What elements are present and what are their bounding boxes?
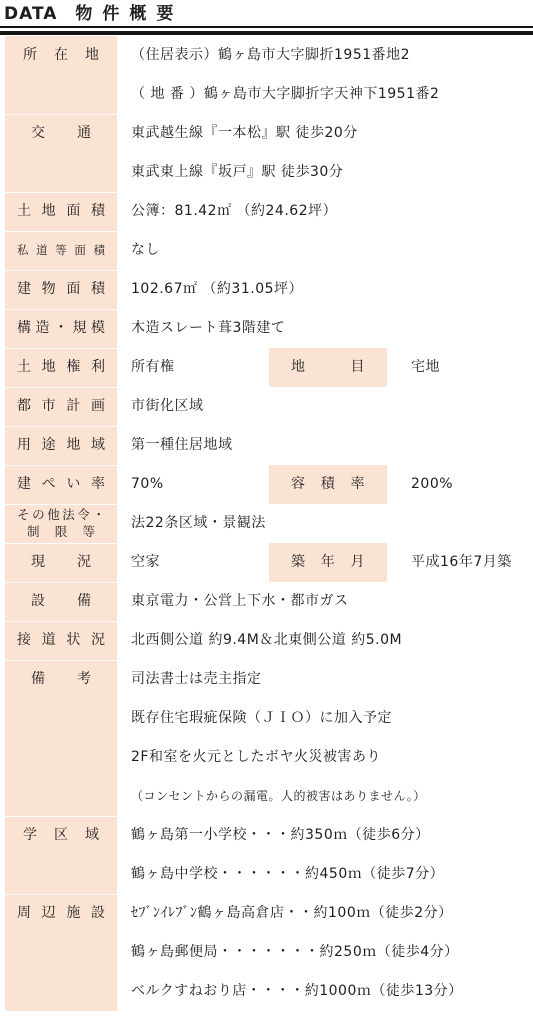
- row-value-line: 鶴ヶ島第一小学校・・・約350ｍ（徒歩6分）: [131, 816, 533, 855]
- row-value-line: 公簿：81.42㎡ （約24.62坪）: [131, 192, 533, 231]
- row-label-cell: 建ぺい率: [5, 465, 117, 504]
- row-label-cell: 都市計画: [5, 387, 117, 426]
- row-values: 所有権 地目 宅地: [117, 348, 533, 387]
- row-values: 鶴ヶ島第一小学校・・・約350ｍ（徒歩6分） 鶴ヶ島中学校・・・・・・約450ｍ…: [117, 816, 533, 894]
- row-value-line: ベルクすねおり店・・・・約1000ｍ（徒歩13分）: [131, 972, 533, 1011]
- row-label: 現況: [31, 543, 91, 582]
- row-label-line: その他法令・: [17, 507, 105, 524]
- row-value-line: （ 地 番 ）鶴ヶ島市大字脚折字天神下1951番2: [131, 75, 533, 114]
- property-table: 所在地 （住居表示）鶴ヶ島市大字脚折1951番地2 （ 地 番 ）鶴ヶ島市大字脚…: [5, 36, 533, 1011]
- row-value-line: 70% 容積率 200%: [131, 465, 533, 504]
- row-label-cell: 構造・規模: [5, 309, 117, 348]
- row-label: 土地面積: [17, 192, 105, 231]
- row-label: 周辺施設: [17, 894, 105, 933]
- row-values: （住居表示）鶴ヶ島市大字脚折1951番地2 （ 地 番 ）鶴ヶ島市大字脚折字天神…: [117, 36, 533, 114]
- row-label: 所在地: [23, 36, 99, 75]
- row-label: 都市計画: [17, 387, 105, 426]
- table-row-private-road: 私道等面積 なし: [5, 231, 533, 270]
- sub-label: 容積率: [269, 465, 387, 504]
- table-row-zoning: 用途地域 第一種住居地域: [5, 426, 533, 465]
- row-label-cell: 用途地域: [5, 426, 117, 465]
- sub-label: 地目: [269, 348, 387, 387]
- row-value-line: 司法書士は売主指定: [131, 660, 533, 699]
- row-value-line: 鶴ヶ島郵便局・・・・・・・約250ｍ（徒歩4分）: [131, 933, 533, 972]
- row-value-line: 2F和室を火元としたボヤ火災被害あり: [131, 738, 533, 777]
- row-value-line: 第一種住居地域: [131, 426, 533, 465]
- table-row-structure: 構造・規模 木造スレート葺3階建て: [5, 309, 533, 348]
- page-title: 物件概要: [75, 3, 183, 25]
- sub-value: 宅地: [411, 348, 440, 387]
- row-value-line: 空家 築年月 平成16年7月築: [131, 543, 533, 582]
- header-prefix: DATA: [4, 3, 57, 25]
- row-label: 設備: [31, 582, 91, 621]
- row-values: 東京電力・公営上下水・都市ガス: [117, 582, 533, 621]
- page-header: DATA 物件概要: [0, 0, 533, 28]
- row-values: 空家 築年月 平成16年7月築: [117, 543, 533, 582]
- table-row-transport: 交通 東武越生線『一本松』駅 徒歩20分 東武東上線『坂戸』駅 徒歩30分: [5, 114, 533, 192]
- row-value-line: 法22条区域・景観法: [131, 504, 533, 543]
- row-values: 木造スレート葺3階建て: [117, 309, 533, 348]
- table-row-location: 所在地 （住居表示）鶴ヶ島市大字脚折1951番地2 （ 地 番 ）鶴ヶ島市大字脚…: [5, 36, 533, 114]
- table-row-utilities: 設備 東京電力・公営上下水・都市ガス: [5, 582, 533, 621]
- table-row-building-area: 建物面積 102.67㎡ （約31.05坪）: [5, 270, 533, 309]
- table-row-road-access: 接道状況 北西側公道 約9.4M＆北東側公道 約5.0M: [5, 621, 533, 660]
- row-label-cell: 私道等面積: [5, 231, 117, 270]
- sub-label: 築年月: [269, 543, 387, 582]
- table-row-city-planning: 都市計画 市街化区域: [5, 387, 533, 426]
- row-value-line: （住居表示）鶴ヶ島市大字脚折1951番地2: [131, 36, 533, 75]
- row-label: 備考: [31, 660, 91, 699]
- row-value-line: 所有権 地目 宅地: [131, 348, 533, 387]
- table-row-land-rights: 土地権利 所有権 地目 宅地: [5, 348, 533, 387]
- table-row-nearby-facilities: 周辺施設 ｾﾌﾞﾝｲﾚﾌﾞﾝ鶴ヶ島高倉店・・約100ｍ（徒歩2分） 鶴ヶ島郵便局…: [5, 894, 533, 1011]
- row-value-line: ｾﾌﾞﾝｲﾚﾌﾞﾝ鶴ヶ島高倉店・・約100ｍ（徒歩2分）: [131, 894, 533, 933]
- row-label: 用途地域: [17, 426, 105, 465]
- sub-value: 200%: [411, 465, 453, 504]
- row-values: 公簿：81.42㎡ （約24.62坪）: [117, 192, 533, 231]
- row-label-cell: その他法令・ 制限等: [5, 504, 117, 543]
- row-value-line: 東武東上線『坂戸』駅 徒歩30分: [131, 153, 533, 192]
- row-label-cell: 現況: [5, 543, 117, 582]
- row-label-cell: 所在地: [5, 36, 117, 114]
- table-row-land-area: 土地面積 公簿：81.42㎡ （約24.62坪）: [5, 192, 533, 231]
- table-row-remarks: 備考 司法書士は売主指定 既存住宅瑕疵保険（ＪＩＯ）に加入予定 2F和室を火元と…: [5, 660, 533, 816]
- row-label: 私道等面積: [17, 231, 105, 270]
- row-label: 接道状況: [17, 621, 105, 660]
- row-values: 北西側公道 約9.4M＆北東側公道 約5.0M: [117, 621, 533, 660]
- row-label-cell: 建物面積: [5, 270, 117, 309]
- row-value: 所有権: [131, 348, 269, 387]
- row-value-line: （コンセントからの漏電。人的被害はありません。）: [131, 777, 533, 816]
- row-value-line: 東京電力・公営上下水・都市ガス: [131, 582, 533, 621]
- property-overview-page: DATA 物件概要 所在地 （住居表示）鶴ヶ島市大字脚折1951番地2 （ 地 …: [0, 0, 533, 1024]
- row-label: 建ぺい率: [17, 465, 105, 504]
- row-values: 法22条区域・景観法: [117, 504, 533, 543]
- row-value: 70%: [131, 465, 269, 504]
- row-values: 東武越生線『一本松』駅 徒歩20分 東武東上線『坂戸』駅 徒歩30分: [117, 114, 533, 192]
- row-values: 市街化区域: [117, 387, 533, 426]
- row-value-line: 既存住宅瑕疵保険（ＪＩＯ）に加入予定: [131, 699, 533, 738]
- row-value-line: 102.67㎡ （約31.05坪）: [131, 270, 533, 309]
- row-label-cell: 土地権利: [5, 348, 117, 387]
- row-value-line: なし: [131, 231, 533, 270]
- row-values: 102.67㎡ （約31.05坪）: [117, 270, 533, 309]
- table-row-current-status: 現況 空家 築年月 平成16年7月築: [5, 543, 533, 582]
- row-value-line: 東武越生線『一本松』駅 徒歩20分: [131, 114, 533, 153]
- row-label-cell: 備考: [5, 660, 117, 816]
- row-label-cell: 接道状況: [5, 621, 117, 660]
- row-label: 建物面積: [17, 270, 105, 309]
- row-value-line: 鶴ヶ島中学校・・・・・・約450ｍ（徒歩7分）: [131, 855, 533, 894]
- row-values: 司法書士は売主指定 既存住宅瑕疵保険（ＪＩＯ）に加入予定 2F和室を火元としたボ…: [117, 660, 533, 816]
- row-label-cell: 土地面積: [5, 192, 117, 231]
- row-value-line: 北西側公道 約9.4M＆北東側公道 約5.0M: [131, 621, 533, 660]
- double-rule: [0, 31, 533, 35]
- row-values: ｾﾌﾞﾝｲﾚﾌﾞﾝ鶴ヶ島高倉店・・約100ｍ（徒歩2分） 鶴ヶ島郵便局・・・・・…: [117, 894, 533, 1011]
- row-label: 構造・規模: [17, 309, 105, 348]
- row-values: なし: [117, 231, 533, 270]
- sub-value: 平成16年7月築: [411, 543, 512, 582]
- row-values: 第一種住居地域: [117, 426, 533, 465]
- row-value-line: 木造スレート葺3階建て: [131, 309, 533, 348]
- row-label: 交通: [31, 114, 91, 153]
- row-label-line: 制限等: [27, 524, 95, 541]
- row-label: 土地権利: [17, 348, 105, 387]
- row-label-cell: 学区域: [5, 816, 117, 894]
- row-value: 空家: [131, 543, 269, 582]
- table-row-coverage-ratio: 建ぺい率 70% 容積率 200%: [5, 465, 533, 504]
- row-value-line: 市街化区域: [131, 387, 533, 426]
- table-row-school-district: 学区域 鶴ヶ島第一小学校・・・約350ｍ（徒歩6分） 鶴ヶ島中学校・・・・・・約…: [5, 816, 533, 894]
- row-label-cell: 設備: [5, 582, 117, 621]
- table-row-other-regulations: その他法令・ 制限等 法22条区域・景観法: [5, 504, 533, 543]
- row-label: 学区域: [23, 816, 99, 855]
- row-label-cell: 周辺施設: [5, 894, 117, 1011]
- row-values: 70% 容積率 200%: [117, 465, 533, 504]
- row-label-cell: 交通: [5, 114, 117, 192]
